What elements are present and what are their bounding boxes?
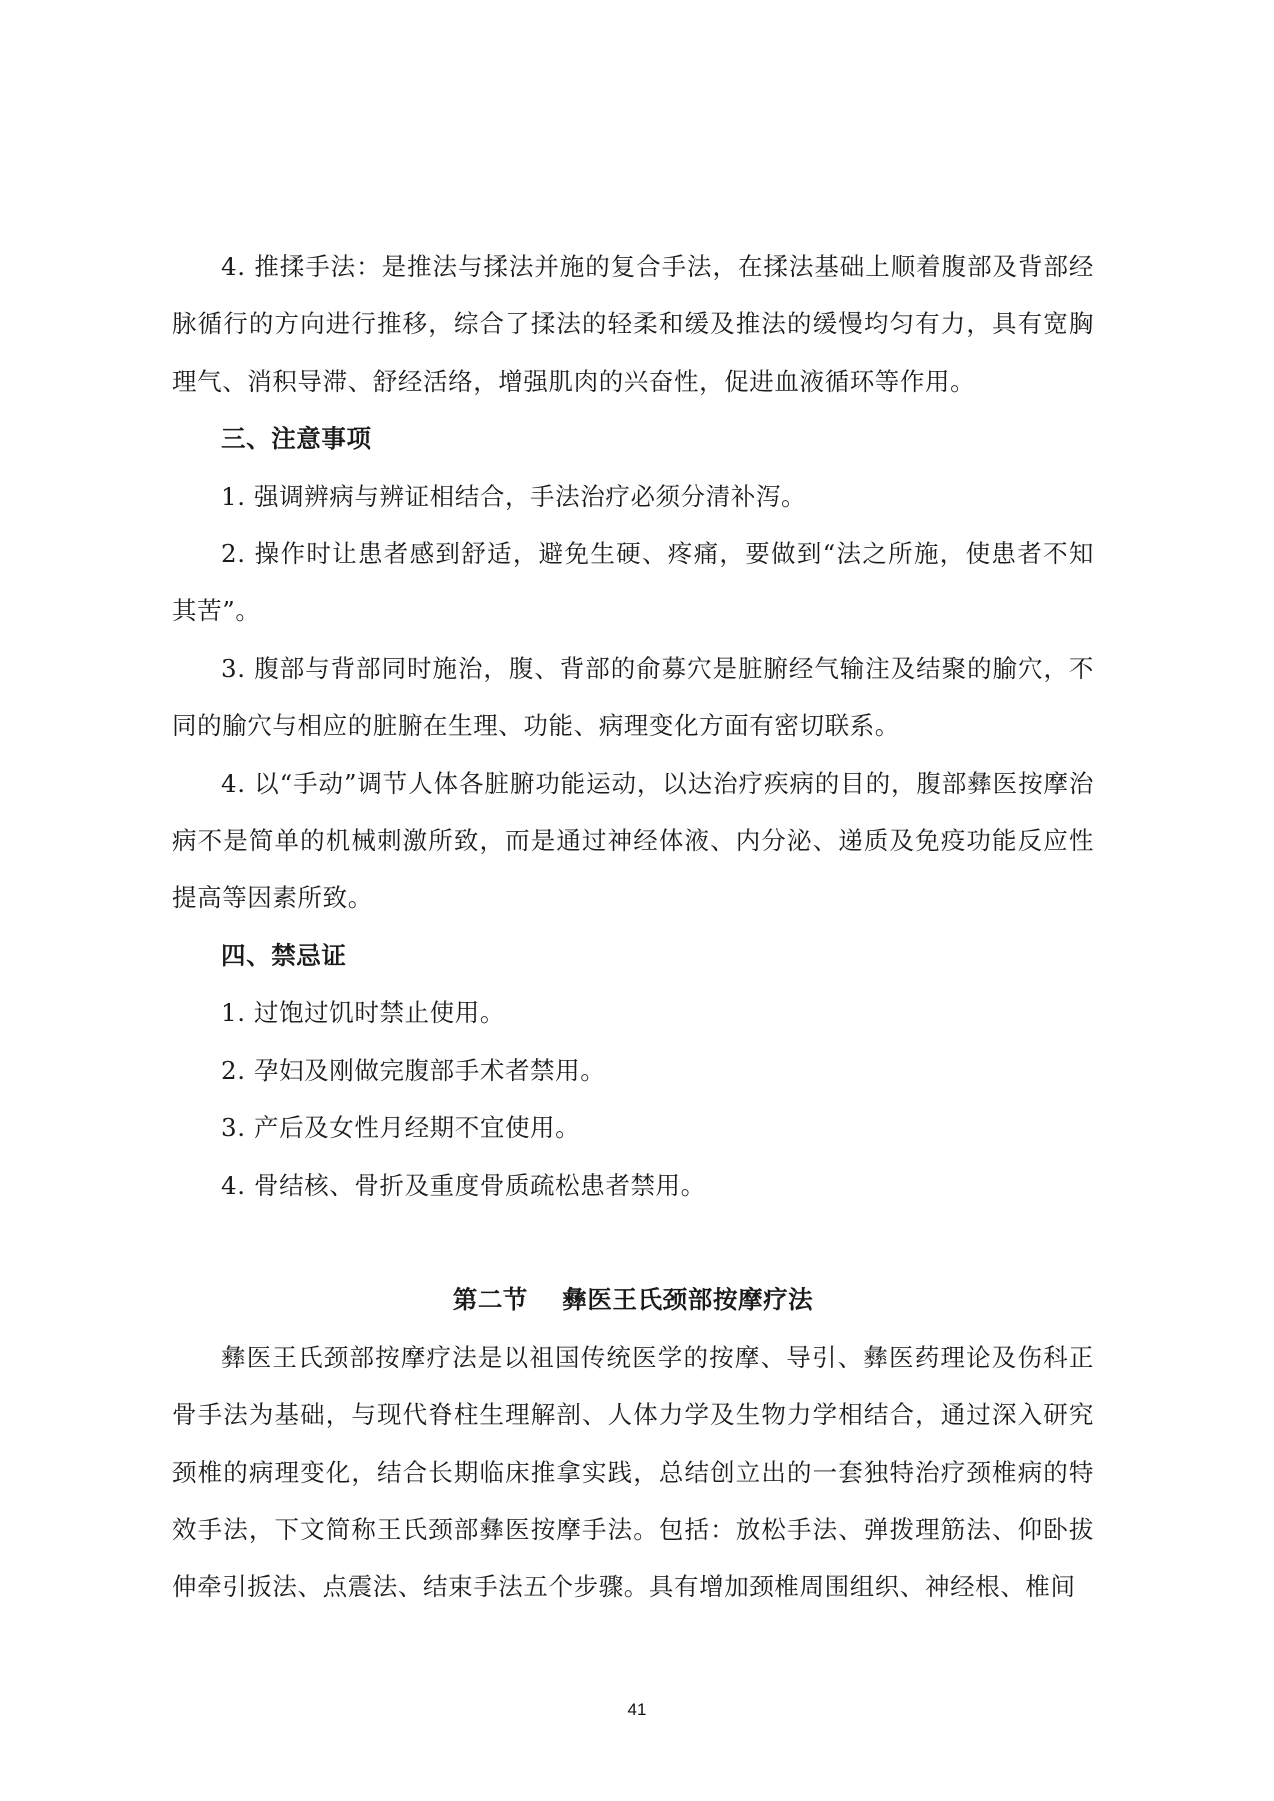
- contraindication-item: 2. 孕妇及刚做完腹部手术者禁用。: [172, 1042, 1094, 1099]
- contraindication-item: 1. 过饱过饥时禁止使用。: [172, 984, 1094, 1041]
- document-page: 4. 推揉手法：是推法与揉法并施的复合手法，在揉法基础上顺着腹部及背部经脉循行的…: [172, 238, 1094, 1616]
- precaution-item: 4. 以“手动”调节人体各脏腑功能运动，以达治疗疾病的目的，腹部彝医按摩治病不是…: [172, 755, 1094, 927]
- precaution-item: 3. 腹部与背部同时施治，腹、背部的俞募穴是脏腑经气输注及结聚的腧穴，不同的腧穴…: [172, 640, 1094, 755]
- paragraph-push-knead-technique: 4. 推揉手法：是推法与揉法并施的复合手法，在揉法基础上顺着腹部及背部经脉循行的…: [172, 238, 1094, 410]
- contraindication-item: 4. 骨结核、骨折及重度骨质疏松患者禁用。: [172, 1157, 1094, 1214]
- contraindication-item: 3. 产后及女性月经期不宜使用。: [172, 1099, 1094, 1156]
- precaution-item: 2. 操作时让患者感到舒适，避免生硬、疼痛，要做到“法之所施，使患者不知其苦”。: [172, 525, 1094, 640]
- section-title: 第二节 彝医王氏颈部按摩疗法: [172, 1271, 1094, 1328]
- section-heading-contraindications: 四、禁忌证: [172, 927, 1094, 984]
- intro-paragraph: 彝医王氏颈部按摩疗法是以祖国传统医学的按摩、导引、彝医药理论及伤科正骨手法为基础…: [172, 1329, 1094, 1616]
- precaution-item: 1. 强调辨病与辨证相结合，手法治疗必须分清补泻。: [172, 468, 1094, 525]
- page-number: 41: [0, 1700, 1274, 1720]
- section-spacer: [172, 1214, 1094, 1271]
- section-heading-precautions: 三、注意事项: [172, 410, 1094, 467]
